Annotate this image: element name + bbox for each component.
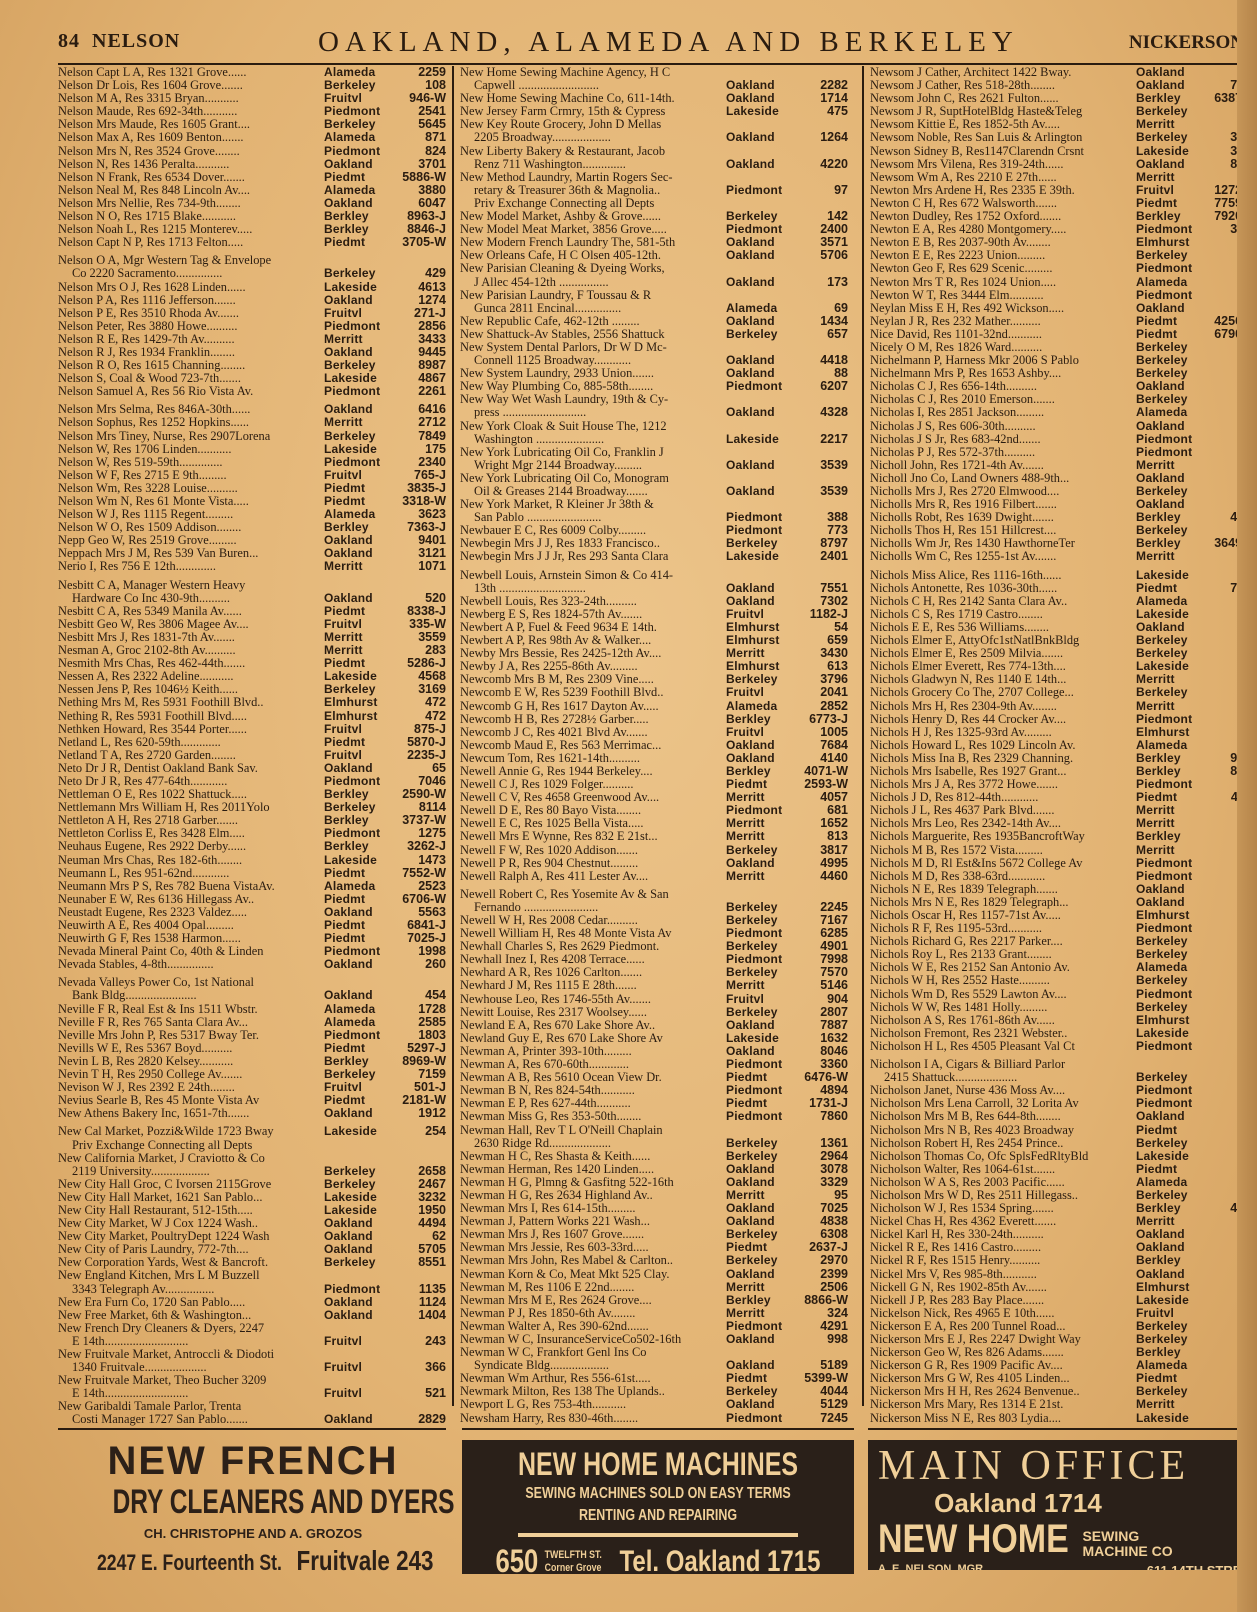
- directory-entry: Newell P R, Res 904 Chestnut.........Oak…: [460, 857, 848, 870]
- directory-entry: Nelson S, Coal & Wood 723-7th.......Lake…: [58, 372, 446, 385]
- entry-listing: Newton Geo F, Res 629 Scenic.........: [870, 262, 1136, 275]
- entry-phone-number: 813: [798, 830, 848, 843]
- entry-listing: Neylan Miss E H, Res 492 Wickson.....: [870, 302, 1136, 315]
- entry-listing: Newman Mrs Jessie, Res 603-33rd.....: [460, 1241, 726, 1254]
- directory-entry: Newsom Kittie E, Res 1852-5th Av.....Mer…: [870, 118, 1257, 131]
- directory-entry: Hardware Co Inc 430-9th..........Oakland…: [58, 592, 446, 605]
- entry-listing: Newby J A, Res 2255-86th Av.........: [460, 660, 726, 673]
- directory-entry: Nickelson Nick, Res 4965 E 10th......Fru…: [870, 1307, 1257, 1320]
- entry-phone-number: 8338-J: [396, 605, 446, 618]
- entry-listing: Nelson Noah L, Res 1215 Monterev.....: [58, 223, 324, 236]
- entry-listing: Newsom John C, Res 2621 Fulton......: [870, 92, 1136, 105]
- entry-phone-number: 1005: [798, 726, 848, 739]
- entry-exchange: [324, 579, 396, 592]
- entry-exchange: Fruitvl: [324, 469, 396, 482]
- entry-listing: Nettlemann Mrs William H, Res 2011Yolo: [58, 801, 324, 814]
- entry-listing: Syndicate Bldg...................: [474, 1359, 726, 1372]
- directory-entry: Neuwirth G F, Res 1538 Harmon......Piedm…: [58, 932, 446, 945]
- entry-listing: Newman Wm Arthur, Res 556-61st.....: [460, 1372, 726, 1385]
- entry-listing: Newson Sidney B, Res1147Clarendn Crsnt: [870, 145, 1136, 158]
- entry-exchange: Oakland: [726, 857, 798, 870]
- ad-brand-sub-line: SEWING: [1082, 1528, 1139, 1544]
- directory-entry: Neumann Mrs P S, Res 782 Buena VistaAv.A…: [58, 880, 446, 893]
- directory-entry: New City of Paris Laundry, 772-7th....Oa…: [58, 1243, 446, 1256]
- entry-listing: Nicholson Robert H, Res 2454 Prince..: [870, 1137, 1136, 1150]
- entry-listing: Nicely O M, Res 1826 Ward..........: [870, 341, 1136, 354]
- entry-exchange: Elmhurst: [1136, 726, 1208, 739]
- entry-listing: New York Cloak & Suit House The, 1212: [460, 420, 726, 433]
- entry-listing: Nichols R F, Res 1195-53rd...........: [870, 922, 1136, 935]
- directory-entry: Newman A, Printer 393-10th.........Oakla…: [460, 1045, 848, 1058]
- entry-exchange: Oakland: [726, 406, 798, 419]
- entry-exchange: Fruitvl: [726, 726, 798, 739]
- entry-exchange: Berkeley: [726, 1137, 798, 1150]
- entry-exchange: Alameda: [726, 302, 798, 315]
- entry-phone-number: 3232: [396, 1191, 446, 1204]
- page-number-and-guide: 84 NELSON: [58, 30, 180, 53]
- entry-listing: Newbert A P, Fuel & Feed 9634 E 14th.: [460, 621, 726, 634]
- entry-phone-number: 4220: [798, 158, 848, 171]
- directory-entry: Nichols Elmer E, AttyOfc1stNatlBnkBldgBe…: [870, 634, 1257, 647]
- entry-listing: New York Lubricating Oil Co, Franklin J: [460, 446, 726, 459]
- directory-entry: Nesbitt Mrs J, Res 1831-7th Av.......Mer…: [58, 631, 446, 644]
- entry-listing: Neuwirth A E, Res 4004 Opal.........: [58, 919, 324, 932]
- entry-phone-number: 2041: [798, 686, 848, 699]
- entry-listing: Nichols M B, Res 1572 Vista.........: [870, 844, 1136, 857]
- entry-listing: Nicholson Walter, Res 1064-61st.......: [870, 1163, 1136, 1176]
- directory-entry: Newbert A P, Res 98th Av & Walker....Elm…: [460, 634, 848, 647]
- directory-entry: Newman Hall, Rev T L O'Neill Chaplain: [460, 1124, 848, 1137]
- directory-entry: Nichols M B, Res 1572 Vista.........Merr…: [870, 844, 1257, 857]
- entry-listing: Newcum Tom, Res 1621-14th..........: [460, 752, 726, 765]
- entry-exchange: Fruitvl: [1136, 1307, 1208, 1320]
- directory-entry: Newcomb Maud E, Res 563 Merrimac...Oakla…: [460, 739, 848, 752]
- entry-listing: Nichols W E, Res 2152 San Antonio Av.: [870, 961, 1136, 974]
- directory-entry: Newman Mrs M E, Res 2624 Grove....Berkle…: [460, 1294, 848, 1307]
- entry-listing: Neville F R, Real Est & Ins 1511 Wbstr.: [58, 1003, 324, 1016]
- directory-entry: New City Market, W J Cox 1224 Wash..Oakl…: [58, 1217, 446, 1230]
- directory-entry: Nelson Capt N P, Res 1713 Felton.....Pie…: [58, 236, 446, 249]
- directory-entry: Nesbitt C A, Manager Western Heavy: [58, 579, 446, 592]
- entry-listing: New City of Paris Laundry, 772-7th....: [58, 1243, 324, 1256]
- directory-entry: Newman M, Res 1106 E 22nd........Merritt…: [460, 1281, 848, 1294]
- entry-listing: Nelson R O, Res 1615 Channing........: [58, 359, 324, 372]
- directory-entry: New French Dry Cleaners & Dyers, 2247: [58, 1322, 446, 1335]
- entry-listing: Nelson P A, Res 1116 Jefferson.......: [58, 294, 324, 307]
- entry-listing: Nelson Peter, Res 3880 Howe..........: [58, 320, 324, 333]
- entry-exchange: Oakland: [726, 158, 798, 171]
- entry-exchange: Lakeside: [1136, 1027, 1208, 1040]
- entry-phone-number: 6773-J: [798, 713, 848, 726]
- directory-entry: Nichelmann Mrs P, Res 1653 Ashby....Berk…: [870, 367, 1257, 380]
- directory-entry: Nichols J D, Res 812-44th............Pie…: [870, 791, 1257, 804]
- directory-entry: Newson Sidney B, Res1147Clarendn CrsntLa…: [870, 145, 1257, 158]
- entry-phone-number: 1124: [396, 1296, 446, 1309]
- entry-listing: Nicholl John, Res 1721-4th Av.......: [870, 459, 1136, 472]
- entry-listing: Newman W C, InsuranceServiceCo502-16th: [460, 1333, 726, 1346]
- entry-exchange: Berkeley: [1136, 1001, 1208, 1014]
- entry-listing: Nickerson Geo W, Res 826 Adams.......: [870, 1346, 1136, 1359]
- directory-entry: Newton Geo F, Res 629 Scenic.........Pie…: [870, 262, 1257, 275]
- directory-entry: Newport L G, Res 753-4th...........Oakla…: [460, 1398, 848, 1411]
- entry-listing: 1340 Fruitvale....................: [72, 1361, 324, 1374]
- directory-entry: Nething R, Res 5931 Foothill Blvd.....El…: [58, 710, 446, 723]
- entry-exchange: Merritt: [324, 560, 396, 573]
- directory-entry: Nelson Mrs Nellie, Res 734-9th........Oa…: [58, 197, 446, 210]
- entry-phone-number: 7551: [798, 582, 848, 595]
- entry-exchange: Merritt: [1136, 844, 1208, 857]
- directory-entry: Newman W C, Frankfort Genl Ins Co: [460, 1346, 848, 1359]
- ad-phone: Tel. Oakland 1715: [619, 1545, 820, 1579]
- entry-exchange: [726, 145, 798, 158]
- directory-entry: Nicholl Jno Co, Land Owners 488-9th...Oa…: [870, 472, 1257, 485]
- entry-exchange: [324, 1139, 396, 1152]
- entry-phone-number: 7849: [396, 430, 446, 443]
- directory-entry: Nethken Howard, Res 3544 Porter......Fru…: [58, 723, 446, 736]
- entry-listing: Nickerson Mrs Mary, Res 1314 E 21st.: [870, 1398, 1136, 1411]
- entry-phone-number: [798, 145, 848, 158]
- ad-brand-sub: SEWINGMACHINE CO: [1082, 1529, 1172, 1559]
- ad-address-line: TWELFTH ST.: [545, 1549, 602, 1561]
- entry-exchange: Piedmont: [324, 456, 396, 469]
- entry-exchange: Merritt: [1136, 700, 1208, 713]
- entry-listing: Nevin L B, Res 2820 Kelsey...........: [58, 1055, 324, 1068]
- directory-entry: Capwell ..........................Oaklan…: [460, 79, 848, 92]
- entry-listing: Nessen A, Res 2322 Adeline...........: [58, 670, 324, 683]
- entry-listing: Nesmith Mrs Chas, Res 462-44th.......: [58, 657, 324, 670]
- entry-listing: Nelson M A, Res 3315 Bryan...........: [58, 92, 324, 105]
- directory-entry: Neto Dr J R, Res 477-64th............Pie…: [58, 775, 446, 788]
- ad-phone: Fruitvale 243: [297, 1545, 434, 1576]
- entry-phone-number: 1135: [396, 1283, 446, 1296]
- entry-listing: Neuhaus Eugene, Res 2922 Derby......: [58, 840, 324, 853]
- directory-entry: Nichols Antonette, Res 1036-30th......Pi…: [870, 582, 1257, 595]
- entry-exchange: Lakeside: [1136, 1150, 1208, 1163]
- entry-listing: Nichols Marguerite, Res 1935BancroftWay: [870, 830, 1136, 843]
- entry-exchange: Piedmont: [726, 184, 798, 197]
- entry-listing: Nicholls Wm Jr, Res 1430 HawthorneTer: [870, 537, 1136, 550]
- entry-exchange: Berkeley: [324, 267, 396, 280]
- column-divider: [862, 66, 864, 1406]
- entry-listing: Nickelson Nick, Res 4965 E 10th......: [870, 1307, 1136, 1320]
- entry-phone-number: [798, 289, 848, 302]
- entry-listing: Newton C H, Res 672 Walsworth.......: [870, 197, 1136, 210]
- directory-entry: Nelson Mrs O J, Res 1628 Linden......Lak…: [58, 281, 446, 294]
- entry-exchange: Berkley: [1136, 830, 1208, 843]
- entry-exchange: Lakeside: [324, 281, 396, 294]
- directory-entry: Neto Dr J R, Dentist Oakland Bank Sav.Oa…: [58, 762, 446, 775]
- entry-listing: Newman Herman, Res 1420 Linden.....: [460, 1163, 726, 1176]
- entry-exchange: Alameda: [324, 1016, 396, 1029]
- directory-entry: Nicholl John, Res 1721-4th Av.......Merr…: [870, 459, 1257, 472]
- entry-phone-number: 5870-J: [396, 736, 446, 749]
- ad-main-office: MAIN OFFICE Oakland 1714 NEW HOME SEWING…: [868, 1440, 1257, 1570]
- entry-exchange: Oakland: [726, 249, 798, 262]
- entry-phone-number: 2712: [396, 416, 446, 429]
- entry-listing: Nelson Mrs Nellie, Res 734-9th........: [58, 197, 324, 210]
- directory-entry: New System Laundry, 2933 Union.......Oak…: [460, 367, 848, 380]
- entry-listing: Nickel Chas H, Res 4362 Everett.......: [870, 1215, 1136, 1228]
- directory-entry: Nicholls Mrs R, Res 1916 Filbert.......O…: [870, 498, 1257, 511]
- entry-listing: Nelson Wm N, Res 61 Monte Vista.....: [58, 495, 324, 508]
- entry-exchange: Piedmont: [1136, 1040, 1208, 1053]
- directory-entry: Nichols M D, Rl Est&Ins 5672 College AvP…: [870, 857, 1257, 870]
- entry-listing: Nicholas J S Jr, Res 683-42nd.......: [870, 433, 1136, 446]
- directory-entry: Nichols Richard G, Res 2217 Parker....Be…: [870, 935, 1257, 948]
- entry-exchange: Berkeley: [726, 1006, 798, 1019]
- entry-listing: Nichols Miss Ina B, Res 2329 Channing.: [870, 752, 1136, 765]
- entry-listing: Priv Exchange Connecting all Depts: [474, 197, 726, 210]
- entry-listing: New California Market, J Craviotto & Co: [58, 1152, 324, 1165]
- entry-listing: Nelson Neal M, Res 848 Lincoln Av....: [58, 184, 324, 197]
- entry-exchange: [726, 420, 798, 433]
- directory-entry: Nelson Mrs N, Res 3524 Grove........Pied…: [58, 145, 446, 158]
- entry-listing: Nice David, Res 1101-32nd...........: [870, 328, 1136, 341]
- entry-exchange: Alameda: [1136, 276, 1208, 289]
- entry-exchange: Piedmt: [1136, 582, 1208, 595]
- entry-listing: Newell C V, Res 4658 Greenwood Av....: [460, 791, 726, 804]
- directory-entry: Nelson Max A, Res 1609 Benton.......Alam…: [58, 131, 446, 144]
- entry-listing: Connell 1125 Broadway............: [474, 354, 726, 367]
- entry-exchange: Alameda: [1136, 595, 1208, 608]
- directory-entry: Nicholson Janet, Nurse 436 Moss Av....Pi…: [870, 1084, 1257, 1097]
- entry-exchange: Piedmont: [1136, 988, 1208, 1001]
- entry-phone-number: 3078: [798, 1163, 848, 1176]
- entry-exchange: Oakland: [726, 752, 798, 765]
- entry-listing: Nicholls Thos H, Res 151 Hillcrest....: [870, 524, 1136, 537]
- directory-entry: New Home Sewing Machine Co, 611-14th.Oak…: [460, 92, 848, 105]
- entry-phone-number: 4328: [798, 406, 848, 419]
- entry-listing: Newberg E S, Res 1824-57th Av.......: [460, 608, 726, 621]
- directory-entry: New System Dental Parlors, Dr W D Mc-: [460, 341, 848, 354]
- entry-listing: Nickel Karl H, Res 330-24th..........: [870, 1228, 1136, 1241]
- directory-entry: Nelson Noah L, Res 1215 Monterev.....Ber…: [58, 223, 446, 236]
- directory-entry: Newcomb J C, Res 4021 Blvd Av.......Frui…: [460, 726, 848, 739]
- directory-entry: Newell Mrs E Wynne, Res 832 E 21st...Mer…: [460, 830, 848, 843]
- directory-entry: Newell Ralph A, Res 411 Lester Av....Mer…: [460, 870, 848, 883]
- entry-listing: Newman Korn & Co, Meat Mkt 525 Clay.: [460, 1268, 726, 1281]
- entry-listing: Nelson Mrs Maude, Res 1605 Grant....: [58, 118, 324, 131]
- entry-exchange: Piedmt: [1136, 328, 1208, 341]
- directory-entry: Nickell J P, Res 283 Bay Place.......Lak…: [870, 1294, 1257, 1307]
- entry-phone-number: 472: [396, 710, 446, 723]
- entry-exchange: Piedmont: [1136, 262, 1208, 275]
- entry-listing: Newcomb J C, Res 4021 Blvd Av.......: [460, 726, 726, 739]
- entry-listing: Newcomb Maud E, Res 563 Merrimac...: [460, 739, 726, 752]
- entry-listing: 2415 Shattuck....................: [884, 1071, 1136, 1084]
- entry-listing: Newell D E, Res 80 Bayo Vista........: [460, 804, 726, 817]
- directory-entry: 2415 Shattuck....................Berkele…: [870, 1071, 1257, 1084]
- entry-listing: Nelson R J, Res 1934 Franklin........: [58, 346, 324, 359]
- entry-phone-number: 8551: [396, 1256, 446, 1269]
- entry-listing: Nelson Capt L A, Res 1321 Grove......: [58, 66, 324, 79]
- entry-exchange: Lakeside: [1136, 569, 1208, 582]
- entry-listing: Newton Mrs T R, Res 1024 Union.....: [870, 276, 1136, 289]
- directory-entry: Nichols M D, Res 338-63rd............Pie…: [870, 870, 1257, 883]
- entry-listing: Nichols Grocery Co The, 2707 College...: [870, 686, 1136, 699]
- directory-entry: retary & Treasurer 36th & Magnolia..Pied…: [460, 184, 848, 197]
- entry-listing: Nicholl Jno Co, Land Owners 488-9th...: [870, 472, 1136, 485]
- directory-entry: Nichols Wm D, Res 5529 Lawton Av....Pied…: [870, 988, 1257, 1001]
- directory-entry: Nichols Howard L, Res 1029 Lincoln Av.Al…: [870, 739, 1257, 752]
- entry-listing: Nickerson G R, Res 1909 Pacific Av....: [870, 1359, 1136, 1372]
- entry-exchange: Piedmt: [324, 605, 396, 618]
- entry-listing: New York Market, R Kleiner Jr 38th &: [460, 498, 726, 511]
- directory-entry: 2630 Ridge Rd....................Berkele…: [460, 1137, 848, 1150]
- entry-listing: Nelson N, Res 1436 Peralta...........: [58, 158, 324, 171]
- entry-listing: Newman Mrs John, Res Mabel & Carlton..: [460, 1254, 726, 1267]
- directory-entry: Nicholson W A S, Res 2003 Pacific......A…: [870, 1176, 1257, 1189]
- directory-entry: Nesbitt C A, Res 5349 Manila Av......Pie…: [58, 605, 446, 618]
- entry-listing: Nichols Elmer E, AttyOfc1stNatlBnkBldg: [870, 634, 1136, 647]
- entry-exchange: Lakeside: [726, 105, 798, 118]
- ad-divider: [518, 1533, 798, 1537]
- entry-exchange: Berkeley: [726, 844, 798, 857]
- entry-exchange: Piedmont: [324, 320, 396, 333]
- entry-exchange: Fruitvl: [726, 993, 798, 1006]
- entry-exchange: Piedmont: [726, 1110, 798, 1123]
- entry-listing: Nelson Dr Lois, Res 1604 Grove.......: [58, 79, 324, 92]
- ad-address: TWELFTH ST.Corner Grove: [545, 1549, 602, 1575]
- entry-exchange: [726, 1124, 798, 1137]
- entry-listing: Newhard A R, Res 1026 Carlton.......: [460, 966, 726, 979]
- directory-entry: Nicholson Mrs Lena Carroll, 32 Lorita Av…: [870, 1097, 1257, 1110]
- directory-entry: Neylan Miss E H, Res 492 Wickson.....Oak…: [870, 302, 1257, 315]
- directory-entry: Newell William H, Res 48 Monte Vista AvP…: [460, 927, 848, 940]
- ad-brand: NEW HOME SEWINGMACHINE CO: [878, 1519, 1257, 1559]
- entry-exchange: Fruitvl: [324, 723, 396, 736]
- entry-listing: New Orleans Cafe, H C Olsen 405-12th.: [460, 249, 726, 262]
- directory-entry: Newton Mrs Ardene H, Res 2335 E 39th.Fru…: [870, 184, 1257, 197]
- entry-exchange: Oakland: [1136, 883, 1208, 896]
- directory-entry: Nessen A, Res 2322 Adeline...........Lak…: [58, 670, 446, 683]
- entry-phone-number: 3880: [396, 184, 446, 197]
- entry-listing: Nichols Wm D, Res 5529 Lawton Av....: [870, 988, 1136, 1001]
- entry-listing: Newman A, Printer 393-10th.........: [460, 1045, 726, 1058]
- ad-brand-name: NEW HOME: [878, 1519, 1069, 1559]
- directory-entry: Newcomb Mrs B M, Res 2309 Vine.....Berke…: [460, 673, 848, 686]
- page-title: OAKLAND, ALAMEDA AND BERKELEY: [318, 26, 1019, 59]
- entry-exchange: Merritt: [1136, 459, 1208, 472]
- directory-entry: Newcomb E W, Res 5239 Foothill Blvd..Fru…: [460, 686, 848, 699]
- entry-listing: Nelson R E, Res 1429-7th Av..........: [58, 333, 324, 346]
- entry-listing: Newell E C, Res 1025 Bella Vista.....: [460, 817, 726, 830]
- entry-listing: Newman W C, Frankfort Genl Ins Co: [460, 1346, 726, 1359]
- directory-entry: New Modern French Laundry The, 581-5thOa…: [460, 236, 848, 249]
- directory-entry: Newell D E, Res 80 Bayo Vista........Pie…: [460, 804, 848, 817]
- directory-entry: Nicholson Mrs M B, Res 644-8th........Oa…: [870, 1110, 1257, 1123]
- entry-exchange: Oakland: [726, 595, 798, 608]
- entry-phone-number: [798, 1124, 848, 1137]
- entry-exchange: Berkeley: [324, 430, 396, 443]
- ad-address-phone: 2247 E. Fourteenth St. Fruitvale 243: [97, 1545, 409, 1577]
- entry-listing: New Jersey Farm Crmry, 15th & Cypress: [460, 105, 726, 118]
- directory-entry: Nelson N, Res 1436 Peralta...........Oak…: [58, 158, 446, 171]
- directory-entry: Newsham Harry, Res 830-46th........Piedm…: [460, 1412, 848, 1425]
- entry-listing: New System Laundry, 2933 Union.......: [460, 367, 726, 380]
- entry-exchange: Oakland: [324, 958, 396, 971]
- entry-exchange: Oakland: [726, 459, 798, 472]
- entry-listing: Nichols Mrs Leo, Res 2342-14th Av....: [870, 817, 1136, 830]
- entry-listing: New Parisian Laundry, F Toussau & R: [460, 289, 726, 302]
- entry-listing: New Liberty Bakery & Restaurant, Jacob: [460, 145, 726, 158]
- entry-phone-number: 324: [798, 1307, 848, 1320]
- directory-entry: Nicholson Mrs N B, Res 4023 BroadwayPied…: [870, 1124, 1257, 1137]
- directory-entry: Newby J A, Res 2255-86th Av.........Elmh…: [460, 660, 848, 673]
- directory-entry: Nelson R J, Res 1934 Franklin........Oak…: [58, 346, 446, 359]
- entry-listing: Newman H C, Res Shasta & Keith......: [460, 1150, 726, 1163]
- entry-listing: Nesbitt Geo W, Res 3806 Magee Av....: [58, 618, 324, 631]
- entry-phone-number: [798, 888, 848, 901]
- entry-listing: Newman P J, Res 1850-6th Av........: [460, 1307, 726, 1320]
- entry-listing: Netland T A, Res 2720 Garden........: [58, 749, 324, 762]
- entry-listing: Nelson Capt N P, Res 1713 Felton.....: [58, 236, 324, 249]
- section-rule: [868, 1428, 1238, 1430]
- entry-phone-number: 1434: [798, 315, 848, 328]
- entry-phone-number: 2807: [798, 1006, 848, 1019]
- entry-exchange: Merritt: [726, 1307, 798, 1320]
- entry-listing: Newhall Inez I, Res 4208 Terrace......: [460, 953, 726, 966]
- entry-listing: Oil & Greases 2144 Broadway.......: [474, 485, 726, 498]
- entry-exchange: Fruitvl: [324, 618, 396, 631]
- ad-brand-sub-line: MACHINE CO: [1082, 1543, 1172, 1559]
- directory-entry: San Pablo ........................Piedmo…: [460, 511, 848, 524]
- entry-listing: Nething R, Res 5931 Foothill Blvd.....: [58, 710, 324, 723]
- entry-exchange: Berkeley: [1136, 131, 1208, 144]
- entry-phone-number: 3539: [798, 485, 848, 498]
- directory-entry: Nelson Wm, Res 3228 Louise..........Pied…: [58, 482, 446, 495]
- entry-phone-number: 2399: [798, 1268, 848, 1281]
- directory-entry: Nettlemann Mrs William H, Res 2011YoloBe…: [58, 801, 446, 814]
- entry-phone-number: 1632: [798, 1032, 848, 1045]
- entry-listing: Nichelmann Mrs P, Res 1653 Ashby....: [870, 367, 1136, 380]
- entry-listing: press ...........................: [474, 406, 726, 419]
- ad-services: RENTING AND REPAIRING: [505, 1507, 811, 1525]
- entry-phone-number: [396, 579, 446, 592]
- entry-listing: Co 2220 Sacramento...............: [72, 267, 324, 280]
- directory-entry: Nickerson Mrs Mary, Res 1314 E 21st.Merr…: [870, 1398, 1257, 1411]
- entry-phone-number: 2467: [396, 1178, 446, 1191]
- entry-listing: Nickel R F, Res 1515 Henry..........: [870, 1254, 1136, 1267]
- entry-listing: Nettleton A H, Res 2718 Garber.......: [58, 814, 324, 827]
- entry-phone-number: 3701: [396, 158, 446, 171]
- directory-entry: New Orleans Cafe, H C Olsen 405-12th.Oak…: [460, 249, 848, 262]
- entry-exchange: Alameda: [1136, 739, 1208, 752]
- entry-listing: New Republic Cafe, 462-12th .........: [460, 315, 726, 328]
- directory-entry: E 14th...........................Fruitvl…: [58, 1335, 446, 1348]
- entry-exchange: Oakland: [1136, 158, 1208, 171]
- entry-exchange: Berkeley: [324, 1256, 396, 1269]
- directory-entry: Newton E E, Res 2223 Union.........Berke…: [870, 249, 1257, 262]
- entry-listing: Nichols Miss Alice, Res 1116-16th......: [870, 569, 1136, 582]
- directory-entry: Newman B N, Res 824-54th...........Piedm…: [460, 1084, 848, 1097]
- entry-listing: Newton Dudley, Res 1752 Oxford.......: [870, 210, 1136, 223]
- entry-listing: Newcomb Mrs B M, Res 2309 Vine.....: [460, 673, 726, 686]
- entry-listing: Newbert A P, Res 98th Av & Walker....: [460, 634, 726, 647]
- entry-listing: New Garibaldi Tamale Parlor, Trenta: [58, 1400, 324, 1413]
- entry-exchange: Lakeside: [726, 433, 798, 446]
- entry-listing: Fernando ........................: [474, 901, 726, 914]
- entry-listing: Neustadt Eugene, Res 2323 Valdez.....: [58, 906, 324, 919]
- entry-exchange: Berkeley: [1136, 686, 1208, 699]
- directory-entry: Renz 711 Washington..............Oakland…: [460, 158, 848, 171]
- entry-listing: Nelson N O, Res 1715 Blake...........: [58, 210, 324, 223]
- directory-entry: New Corporation Yards, West & Bancroft.B…: [58, 1256, 446, 1269]
- entry-exchange: [726, 262, 798, 275]
- directory-entry: Nichols H J, Res 1325-93rd Av.........El…: [870, 726, 1257, 739]
- entry-listing: Nichols J D, Res 812-44th............: [870, 791, 1136, 804]
- entry-exchange: Piedmt: [324, 236, 396, 249]
